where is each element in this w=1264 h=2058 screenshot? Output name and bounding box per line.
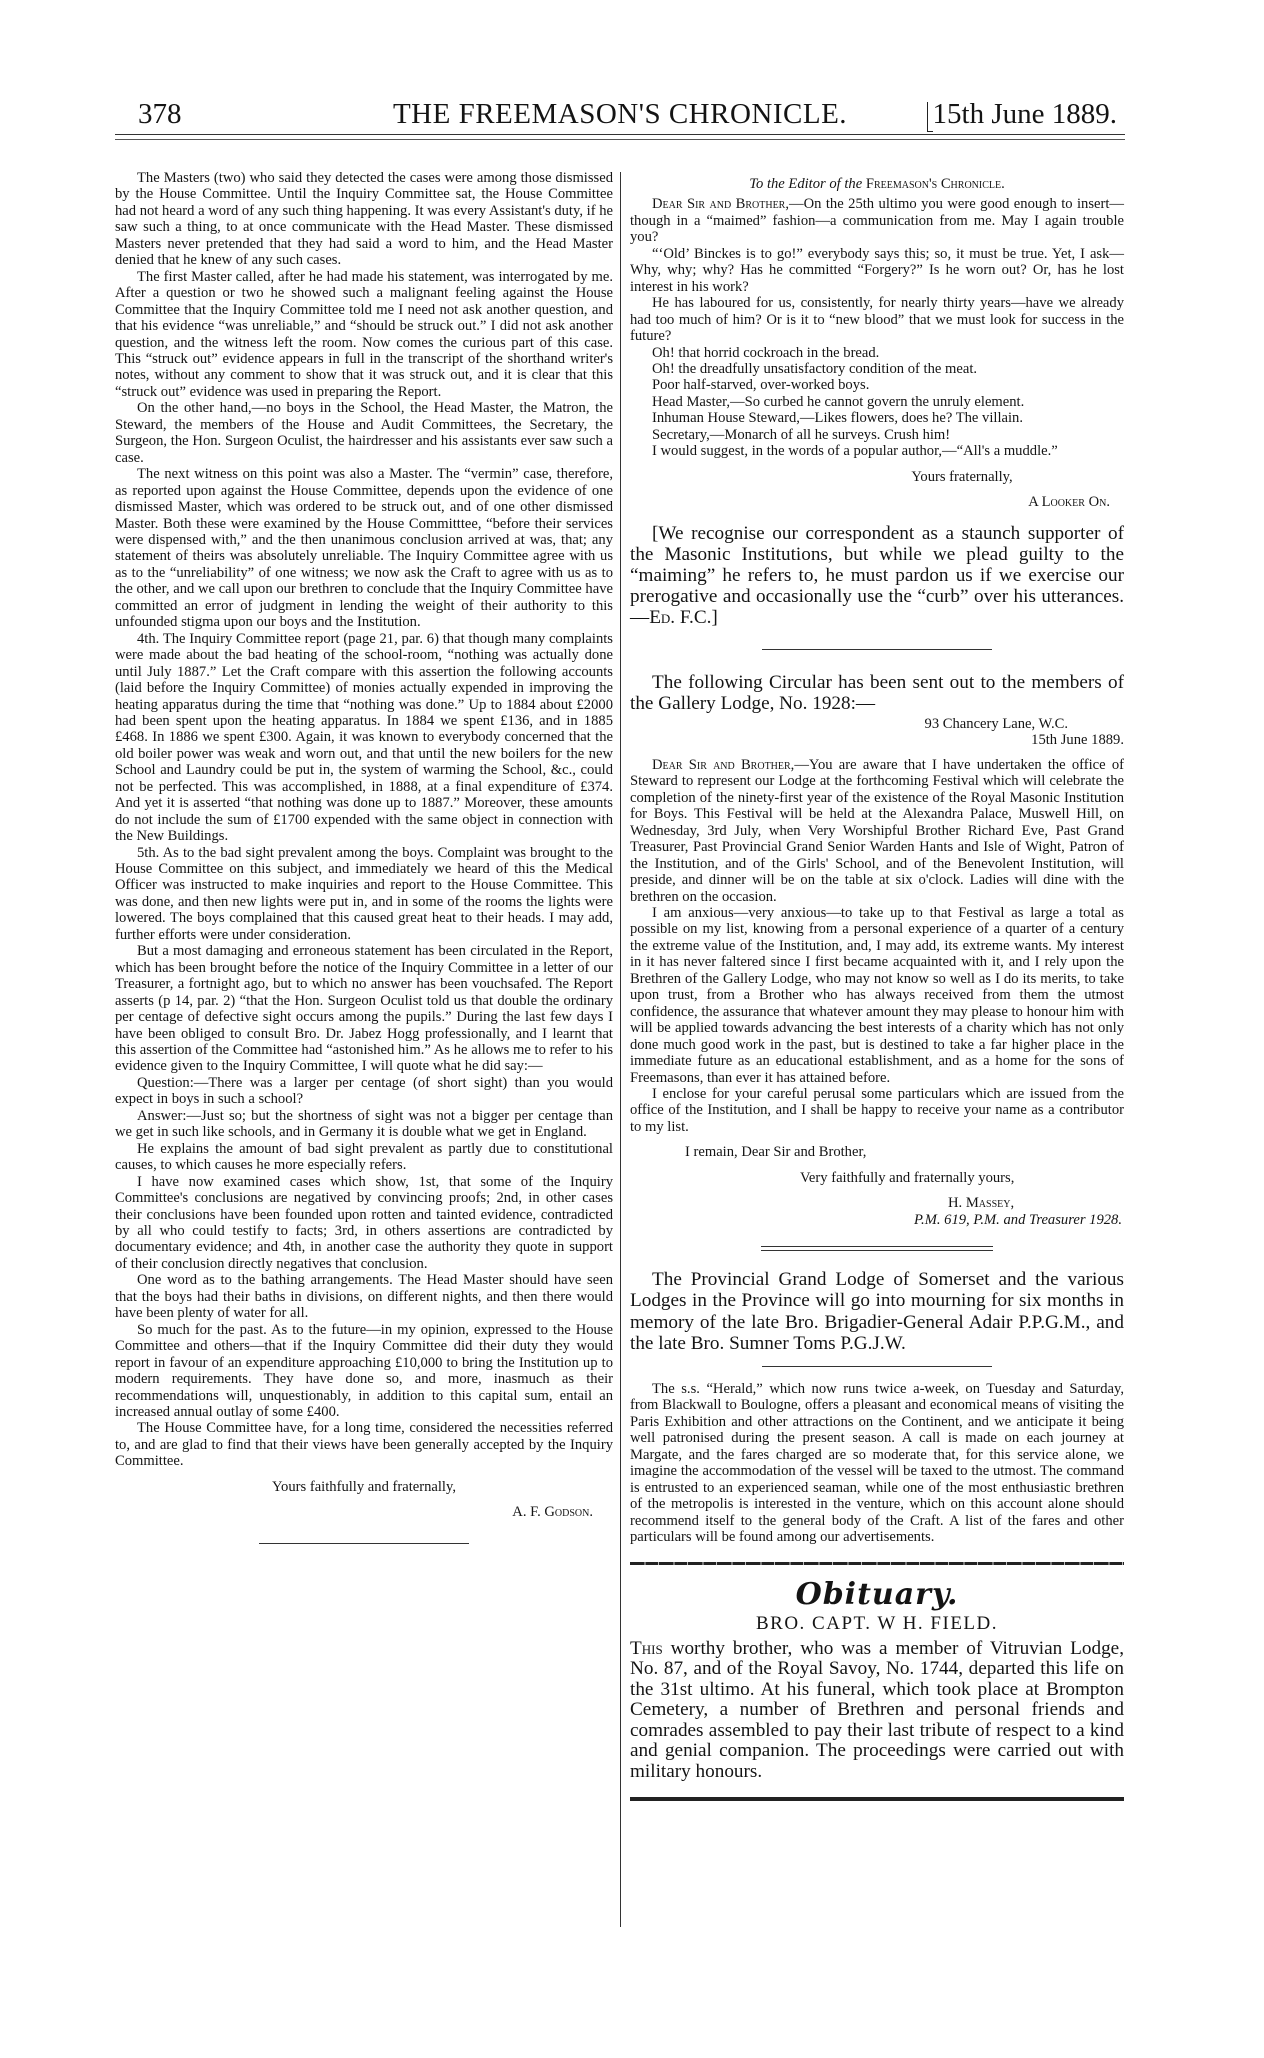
editor-note: [We recognise our correspondent as a sta… <box>630 523 1124 629</box>
circular-date: 15th June 1889. <box>630 732 1124 748</box>
paragraph: Answer:—Just so; but the shortness of si… <box>115 1108 613 1141</box>
paragraph: I have now examined cases which show, 1s… <box>115 1174 613 1273</box>
letter-paragraph: Oh! the dreadfully unsatisfactory condit… <box>630 361 1124 377</box>
letter-paragraph: Dear Sir and Brother,—On the 25th ultimo… <box>630 196 1124 245</box>
paragraph: He explains the amount of bad sight prev… <box>115 1141 613 1174</box>
right-column: To the Editor of the Freemason's Chronic… <box>630 170 1124 1813</box>
circular-signature: H. Massey, <box>630 1195 1124 1211</box>
circular-address: 93 Chancery Lane, W.C. <box>630 716 1124 732</box>
paragraph: So much for the past. As to the future—i… <box>115 1322 613 1421</box>
letter-paragraph: He has laboured for us, consistently, fo… <box>630 295 1124 344</box>
circular-paragraph: Dear Sir and Brother,—You are aware that… <box>630 757 1124 905</box>
letter-paragraph: Poor half-starved, over-worked boys. <box>630 377 1124 393</box>
issue-date: 15th June 1889. <box>933 98 1117 130</box>
paragraph: The House Committee have, for a long tim… <box>115 1420 613 1469</box>
letter-paragraph: Oh! that horrid cockroach in the bread. <box>630 345 1124 361</box>
circular-signature-title: P.M. 619, P.M. and Treasurer 1928. <box>630 1212 1124 1228</box>
left-column: The Masters (two) who said they detected… <box>115 170 613 1544</box>
paragraph: The Masters (two) who said they detected… <box>115 170 613 269</box>
section-rule <box>630 1797 1124 1801</box>
section-rule <box>762 649 992 650</box>
circular-intro: The following Circular has been sent out… <box>630 672 1124 714</box>
section-rule <box>630 1562 1124 1565</box>
letter-paragraph: Inhuman House Steward,—Likes flowers, do… <box>630 410 1124 426</box>
section-rule <box>259 1543 469 1544</box>
obituary-body: This worthy brother, who was a member of… <box>630 1639 1124 1783</box>
paragraph: 5th. As to the bad sight prevalent among… <box>115 845 613 944</box>
section-rule <box>761 1246 993 1251</box>
paragraph: The next witness on this point was also … <box>115 466 613 631</box>
column-divider <box>620 172 621 1927</box>
mourning-notice: The Provincial Grand Lodge of Somerset a… <box>630 1269 1124 1354</box>
circular-paragraph: I enclose for your careful perusal some … <box>630 1086 1124 1135</box>
paragraph: Question:—There was a larger per centage… <box>115 1075 613 1108</box>
letter-paragraph: “‘Old’ Binckes is to go!” everybody says… <box>630 246 1124 295</box>
masthead: 378 THE FREEMASON'S CHRONICLE. 15th June… <box>115 98 1125 130</box>
paragraph: On the other hand,—no boys in the School… <box>115 400 613 466</box>
paragraph: The first Master called, after he had ma… <box>115 269 613 401</box>
herald-notice: The s.s. “Herald,” which now runs twice … <box>630 1381 1124 1546</box>
circular-closing: Very faithfully and fraternally yours, <box>630 1170 1124 1186</box>
obituary-heading: Obituary. <box>630 1577 1124 1613</box>
section-rule <box>762 1366 992 1367</box>
circular-paragraph: I am anxious—very anxious—to take up to … <box>630 905 1124 1086</box>
masthead-rule <box>115 134 1125 140</box>
letter-paragraph: Head Master,—So curbed he cannot govern … <box>630 394 1124 410</box>
letter-heading: To the Editor of the Freemason's Chronic… <box>630 176 1124 192</box>
obituary-subheading: BRO. CAPT. W H. FIELD. <box>630 1613 1124 1635</box>
letter-signature: A. F. Godson. <box>115 1504 613 1520</box>
paragraph: But a most damaging and erroneous statem… <box>115 943 613 1075</box>
letter-closing: Yours fraternally, <box>630 469 1124 485</box>
letter-signature: A Looker On. <box>630 494 1124 510</box>
circular-remain: I remain, Dear Sir and Brother, <box>630 1144 1124 1160</box>
letter-paragraph: Secretary,—Monarch of all he surveys. Cr… <box>630 427 1124 443</box>
paragraph: 4th. The Inquiry Committee report (page … <box>115 631 613 845</box>
paragraph: One word as to the bathing arrangements.… <box>115 1272 613 1321</box>
letter-closing: Yours faithfully and fraternally, <box>115 1479 613 1495</box>
letter-paragraph: I would suggest, in the words of a popul… <box>630 443 1124 459</box>
